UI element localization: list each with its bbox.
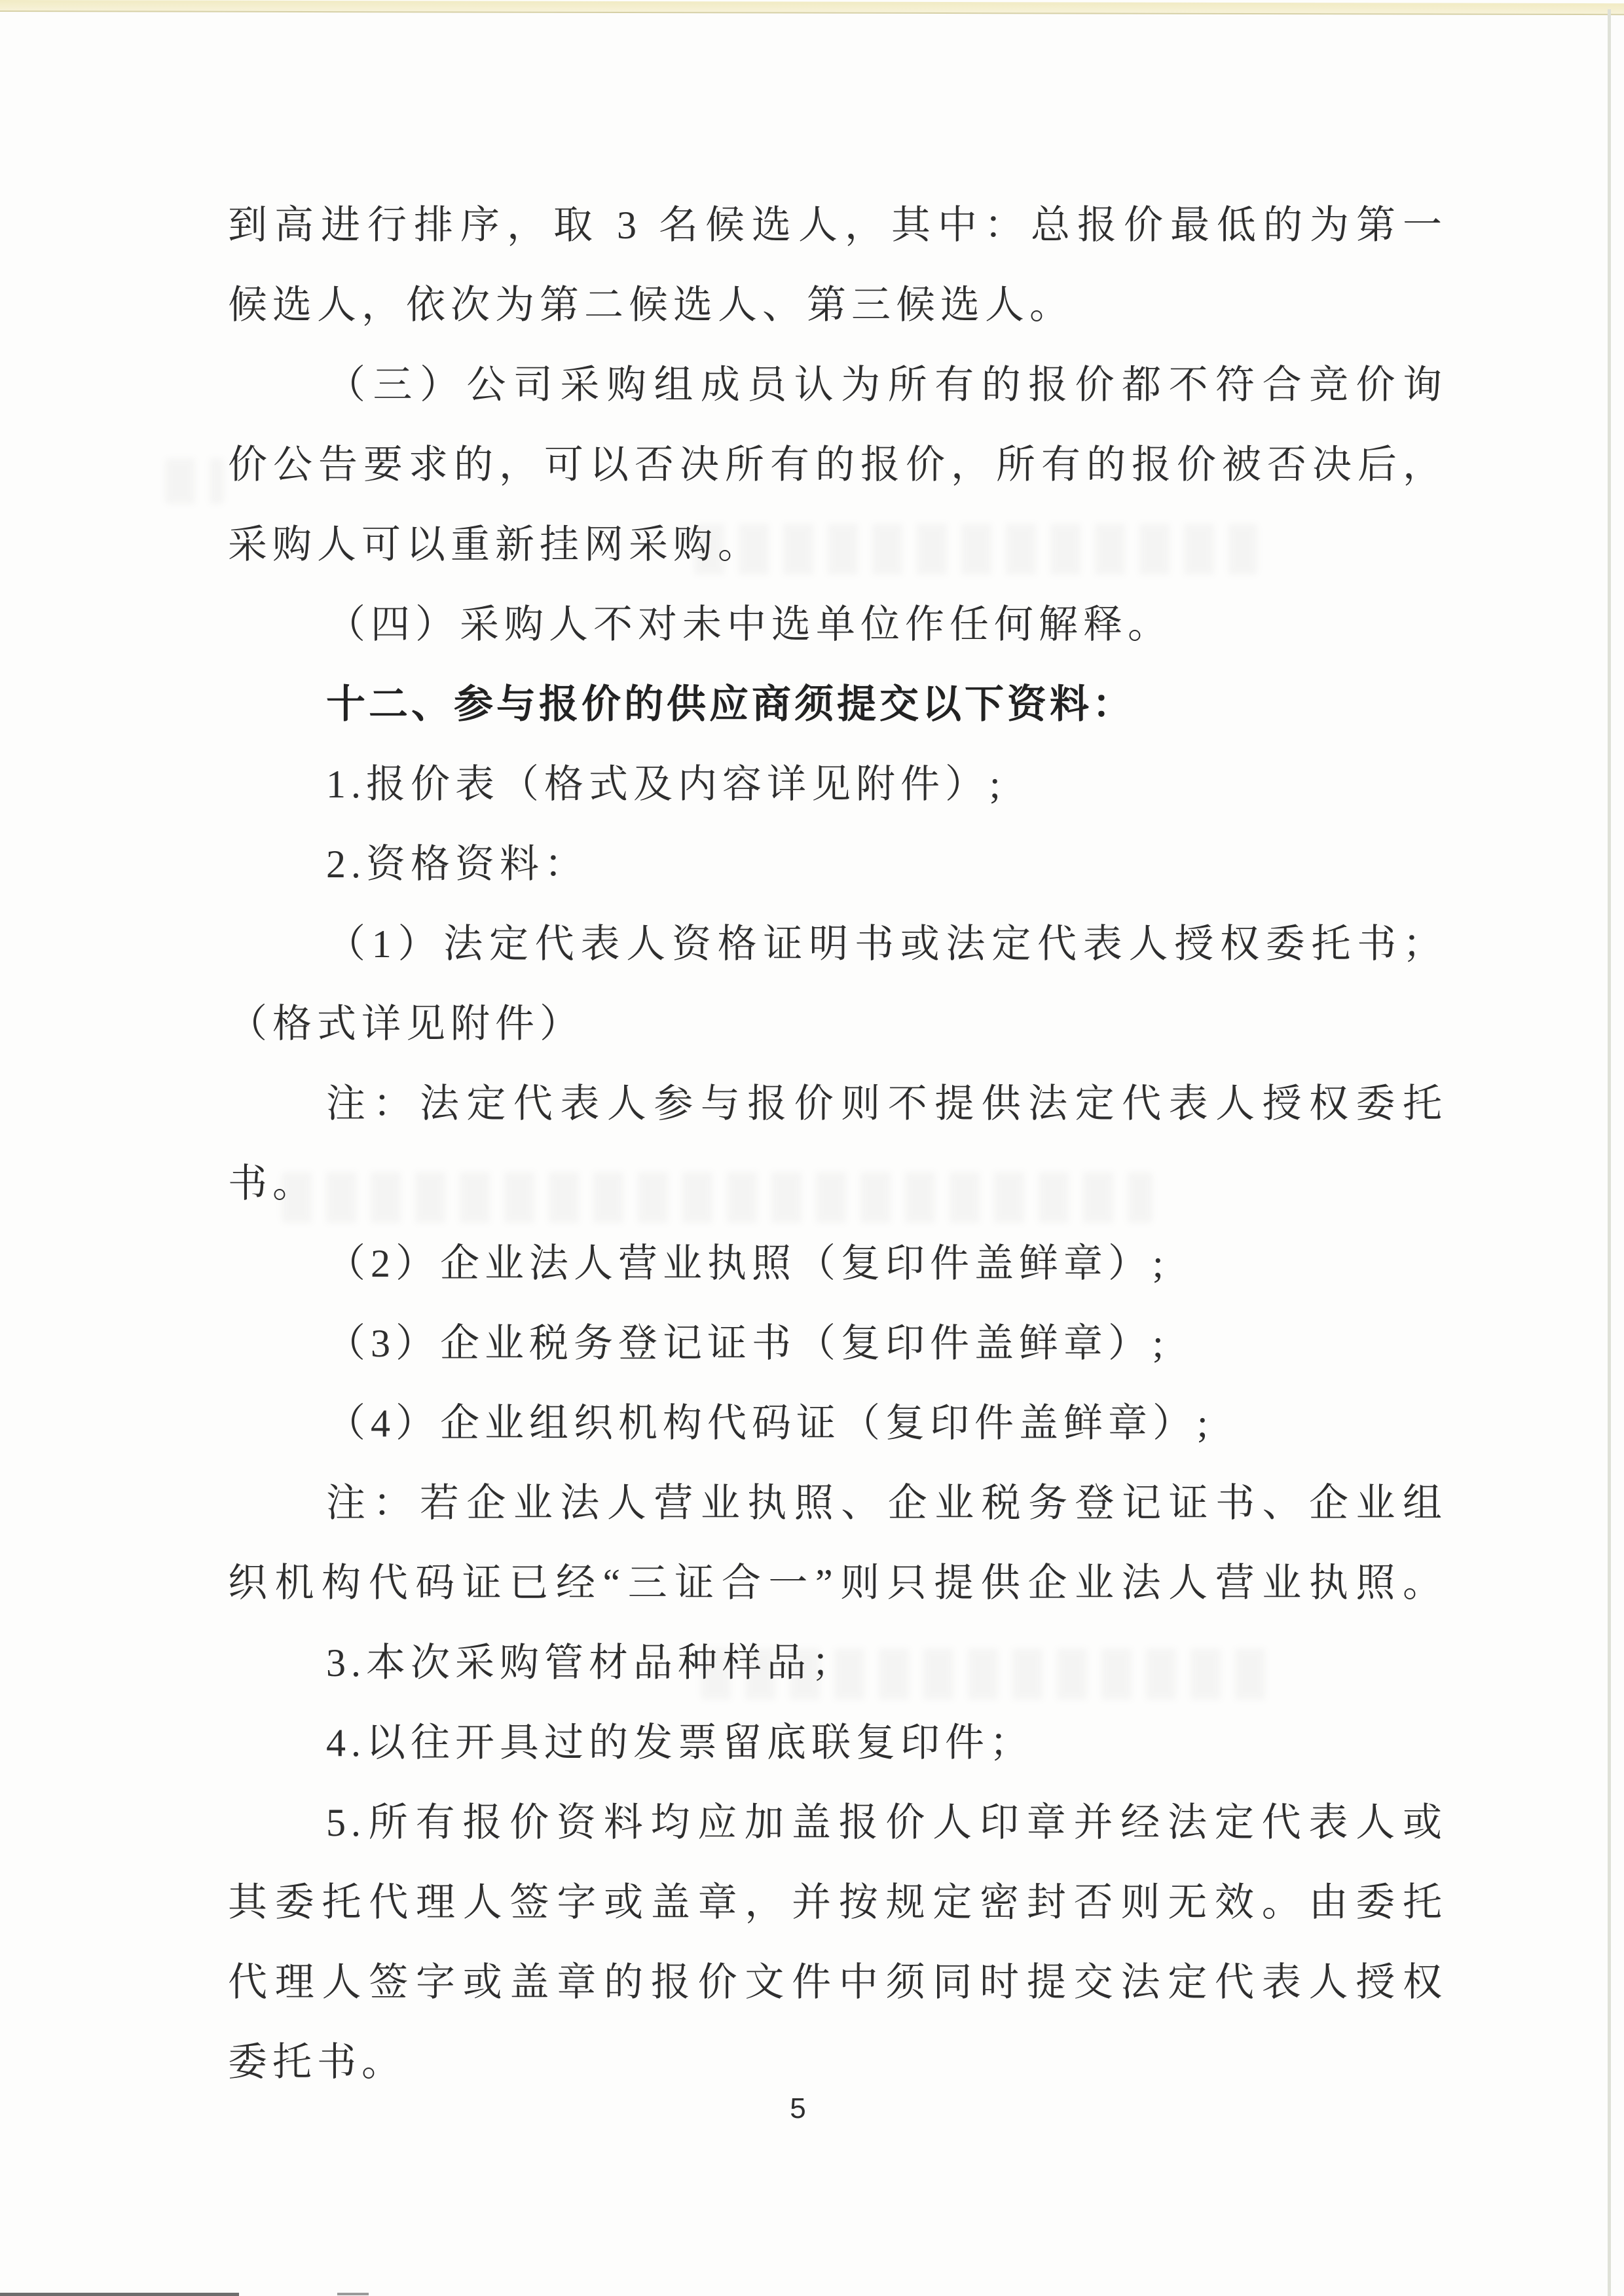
- text-line: （四）采购人不对未中选单位作任何解释。: [228, 585, 1447, 665]
- text-line: 2.资格资料：: [228, 824, 1447, 904]
- scan-mark-bottom-left-small: [337, 2293, 369, 2295]
- document-page: 到高进行排序，取 3 名候选人，其中：总报价最低的为第一 候选人，依次为第二候选…: [0, 0, 1624, 2296]
- text-line: 采购人可以重新挂网采购。: [228, 505, 1447, 585]
- text-line: （3）企业税务登记证书（复印件盖鲜章）;: [228, 1303, 1447, 1383]
- bleed-through-ghost: [165, 458, 224, 504]
- text-line: 代理人签字或盖章的报价文件中须同时提交法定代表人授权: [228, 1942, 1447, 2022]
- text-line: （2）企业法人营业执照（复印件盖鲜章）;: [228, 1224, 1447, 1303]
- text-line: 织机构代码证已经“三证合一”则只提供企业法人营业执照。: [228, 1543, 1447, 1623]
- text-line: （1）法定代表人资格证明书或法定代表人授权委托书；: [228, 904, 1447, 984]
- text-line: 候选人，依次为第二候选人、第三候选人。: [228, 265, 1447, 345]
- text-line: 价公告要求的，可以否决所有的报价，所有的报价被否决后，: [228, 425, 1447, 505]
- text-line: 书。: [228, 1144, 1447, 1224]
- text-line: 委托书。: [228, 2022, 1447, 2102]
- text-line: 其委托代理人签字或盖章，并按规定密封否则无效。由委托: [228, 1863, 1447, 1942]
- document-body: 到高进行排序，取 3 名候选人，其中：总报价最低的为第一 候选人，依次为第二候选…: [228, 185, 1447, 2102]
- scan-edge-top: [0, 0, 1624, 15]
- text-line: （4）企业组织机构代码证（复印件盖鲜章）;: [228, 1383, 1447, 1463]
- text-line: 4.以往开具过的发票留底联复印件；: [228, 1703, 1447, 1783]
- text-line: 到高进行排序，取 3 名候选人，其中：总报价最低的为第一: [228, 185, 1447, 265]
- text-line: 3.本次采购管材品种样品；: [228, 1623, 1447, 1703]
- text-line: 1.报价表（格式及内容详见附件）;: [228, 744, 1447, 824]
- section-heading: 十二、参与报价的供应商须提交以下资料：: [228, 665, 1447, 744]
- text-line: 注：若企业法人营业执照、企业税务登记证书、企业组: [228, 1463, 1447, 1543]
- text-line: 5.所有报价资料均应加盖报价人印章并经法定代表人或: [228, 1783, 1447, 1863]
- scan-mark-bottom-left: [0, 2293, 239, 2296]
- text-line: （格式详见附件）: [228, 984, 1447, 1064]
- scan-edge-right: [1608, 9, 1611, 2296]
- page-number: 5: [0, 2092, 1596, 2125]
- text-line: 注：法定代表人参与报价则不提供法定代表人授权委托: [228, 1064, 1447, 1144]
- text-line: （三）公司采购组成员认为所有的报价都不符合竞价询: [228, 345, 1447, 425]
